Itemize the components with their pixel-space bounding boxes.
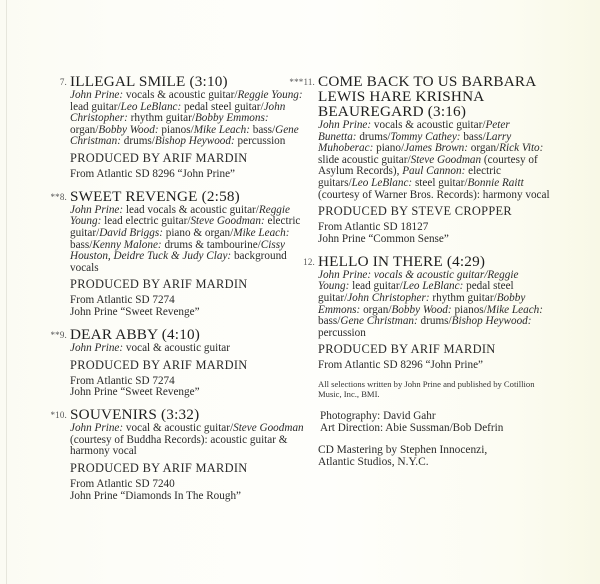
musician-name: James Brown: (404, 142, 468, 154)
musician-role: rhythm guitar/ (430, 292, 497, 304)
musician-role: percussion (235, 135, 286, 147)
source-line: From Atlantic SD 8296 “John Prine” (318, 360, 550, 372)
track-title: DEAR ABBY (4:10) (70, 327, 306, 342)
track-marker: 7. (60, 77, 67, 87)
musician-role: lead guitar/ (70, 101, 121, 113)
musician-name: John Prine: (70, 204, 123, 216)
source-line: John Prine “Common Sense” (318, 234, 550, 246)
track-producer: PRODUCED BY STEVE CROPPER (318, 204, 550, 218)
musician-role: lead electric guitar/ (101, 215, 190, 227)
track-entry: ***11. COME BACK TO US BARBARA LEWIS HAR… (318, 74, 550, 246)
track-title: SOUVENIRS (3:32) (70, 407, 306, 422)
musician-name: Bobby Wood: (98, 124, 158, 136)
right-column: ***11. COME BACK TO US BARBARA LEWIS HAR… (318, 74, 550, 468)
musician-name: Bishop Heywood: (452, 315, 532, 327)
track-source: From Atlantic SD 7274John Prine “Sweet R… (70, 295, 306, 319)
track-credits: John Prine: vocals & acoustic guitar/Reg… (70, 90, 306, 148)
track-title: SWEET REVENGE (2:58) (70, 189, 306, 204)
musician-role: vocals & acoustic guitar/ (123, 89, 237, 101)
musician-role: rhythm guitar/ (128, 112, 195, 124)
source-line: John Prine “Diamonds In The Rough” (70, 491, 306, 503)
musician-name: Kenny Malone: (92, 239, 161, 251)
photo-credits: Photography: David Gahr Art Direction: A… (318, 411, 550, 434)
musician-role: organ/ (360, 304, 391, 316)
track-title: ILLEGAL SMILE (3:10) (70, 74, 306, 89)
musician-name: Steve Goodman (233, 422, 304, 434)
musician-role: organ/ (468, 142, 499, 154)
musician-role: pianos/ (159, 124, 194, 136)
right-track-list: ***11. COME BACK TO US BARBARA LEWIS HAR… (318, 74, 550, 372)
track-producer: PRODUCED BY ARIF MARDIN (70, 151, 306, 165)
publishing-note: All selections written by John Prine and… (318, 380, 550, 399)
musician-name: John Christopher: (347, 292, 429, 304)
musician-role: vocal & acoustic guitar/ (123, 422, 233, 434)
track-entry: *10. SOUVENIRS (3:32) John Prine: vocal … (70, 407, 306, 502)
musician-name: Leo LeBlanc: (403, 280, 464, 292)
track-marker: **9. (50, 330, 67, 340)
track-credits: John Prine: vocals & acoustic guitar/Pet… (318, 120, 550, 201)
track-source: From Atlantic SD 8296 “John Prine” (70, 169, 306, 181)
mastering-line-1: CD Mastering by Stephen Innocenzi, (318, 444, 550, 456)
art-direction-credit: Art Direction: Abie Sussman/Bob Defrin (320, 423, 550, 435)
musician-role: pianos/ (452, 304, 487, 316)
musician-role: piano/ (373, 142, 404, 154)
musician-name: Rick Vito: (499, 142, 543, 154)
page-edge-line (6, 0, 7, 584)
track-credits: John Prine: lead vocals & acoustic guita… (70, 205, 306, 275)
track-entry: **8. SWEET REVENGE (2:58) John Prine: le… (70, 189, 306, 319)
track-source: From Atlantic SD 7274John Prine “Sweet R… (70, 376, 306, 400)
track-title: HELLO IN THERE (4:29) (318, 254, 550, 269)
track-marker: ***11. (289, 77, 315, 87)
musician-role: lead guitar/ (349, 280, 402, 292)
musician-name: John Prine: (70, 342, 123, 354)
source-line: From Atlantic SD 8296 “John Prine” (70, 169, 306, 181)
track-marker: 12. (303, 257, 315, 267)
track-source: From Atlantic SD 18127John Prine “Common… (318, 222, 550, 246)
track-credits: John Prine: vocal & acoustic guitar (70, 343, 306, 355)
source-line: John Prine “Sweet Revenge” (70, 387, 306, 399)
track-entry: 12. HELLO IN THERE (4:29) John Prine: vo… (318, 254, 550, 372)
musician-role: bass/ (70, 239, 92, 251)
musician-name: Mike Leach: (233, 227, 289, 239)
musician-role: drums/ (357, 131, 391, 143)
musician-name: John Prine: (318, 119, 371, 131)
track-credits: John Prine: vocal & acoustic guitar/Stev… (70, 423, 306, 458)
musician-name: John Prine: (70, 89, 123, 101)
musician-role: drums/ (121, 135, 155, 147)
musician-name: Mike Leach: (487, 304, 543, 316)
musician-name: Mike Leach: (194, 124, 250, 136)
musician-name: Leo LeBlanc: (352, 177, 413, 189)
musician-role: bass/ (250, 124, 275, 136)
track-source: From Atlantic SD 8296 “John Prine” (318, 360, 550, 372)
musician-role: pedal steel guitar/ (181, 101, 263, 113)
musician-name: Gene Christman: (340, 315, 417, 327)
musician-name: Bonnie Raitt (467, 177, 523, 189)
track-source: From Atlantic SD 7240John Prine “Diamond… (70, 479, 306, 503)
musician-name: Bobby Emmons: (195, 112, 269, 124)
musician-role: bass/ (461, 131, 486, 143)
mastering-line-2: Atlantic Studios, N.Y.C. (318, 456, 550, 468)
musician-name: Leo LeBlanc: (121, 101, 182, 113)
musician-role: slide acoustic guitar/ (318, 154, 411, 166)
musician-name: Steve Goodman: (190, 215, 264, 227)
mastering-credit: CD Mastering by Stephen Innocenzi, Atlan… (318, 444, 550, 468)
musician-name: John Prine: vocals & acoustic guitar/ (318, 269, 487, 281)
musician-name: Bishop Heywood: (155, 135, 235, 147)
musician-name: David Briggs: (99, 227, 163, 239)
musician-role: (courtesy of Warner Bros. Records): harm… (318, 189, 550, 201)
musician-name: Steve Goodman (411, 154, 482, 166)
track-producer: PRODUCED BY ARIF MARDIN (70, 277, 306, 291)
musician-name: Bobby Wood: (391, 304, 451, 316)
musician-role: bass/ (318, 315, 340, 327)
left-column: 7. ILLEGAL SMILE (3:10) John Prine: voca… (70, 74, 306, 510)
musician-role: vocals & acoustic guitar/ (371, 119, 485, 131)
musician-role: organ/ (70, 124, 98, 136)
track-entry: **9. DEAR ABBY (4:10) John Prine: vocal … (70, 327, 306, 399)
track-producer: PRODUCED BY ARIF MARDIN (318, 342, 550, 356)
musician-name: Paul Cannon: (402, 165, 465, 177)
musician-role: vocal & acoustic guitar (123, 342, 230, 354)
musician-name: Reggie Young: (237, 89, 302, 101)
musician-role: (courtesy of Buddha Records): acoustic g… (70, 434, 287, 458)
musician-name: John Prine: (70, 422, 123, 434)
track-title: COME BACK TO US BARBARA LEWIS HARE KRISH… (318, 74, 550, 119)
track-entry: 7. ILLEGAL SMILE (3:10) John Prine: voca… (70, 74, 306, 181)
track-producer: PRODUCED BY ARIF MARDIN (70, 461, 306, 475)
musician-role: drums/ (418, 315, 452, 327)
track-marker: *10. (50, 410, 67, 420)
musician-role: lead vocals & acoustic guitar/ (123, 204, 259, 216)
musician-role: piano & organ/ (163, 227, 233, 239)
musician-role: drums & tambourine/ (162, 239, 261, 251)
musician-role: percussion (318, 327, 366, 339)
track-credits: John Prine: vocals & acoustic guitar/Reg… (318, 270, 550, 340)
musician-role: steel guitar/ (412, 177, 467, 189)
musician-name: Tommy Cathey: (390, 131, 460, 143)
track-marker: **8. (50, 192, 67, 202)
source-line: From Atlantic SD 7240 (70, 479, 306, 491)
source-line: John Prine “Sweet Revenge” (70, 307, 306, 319)
track-producer: PRODUCED BY ARIF MARDIN (70, 358, 306, 372)
